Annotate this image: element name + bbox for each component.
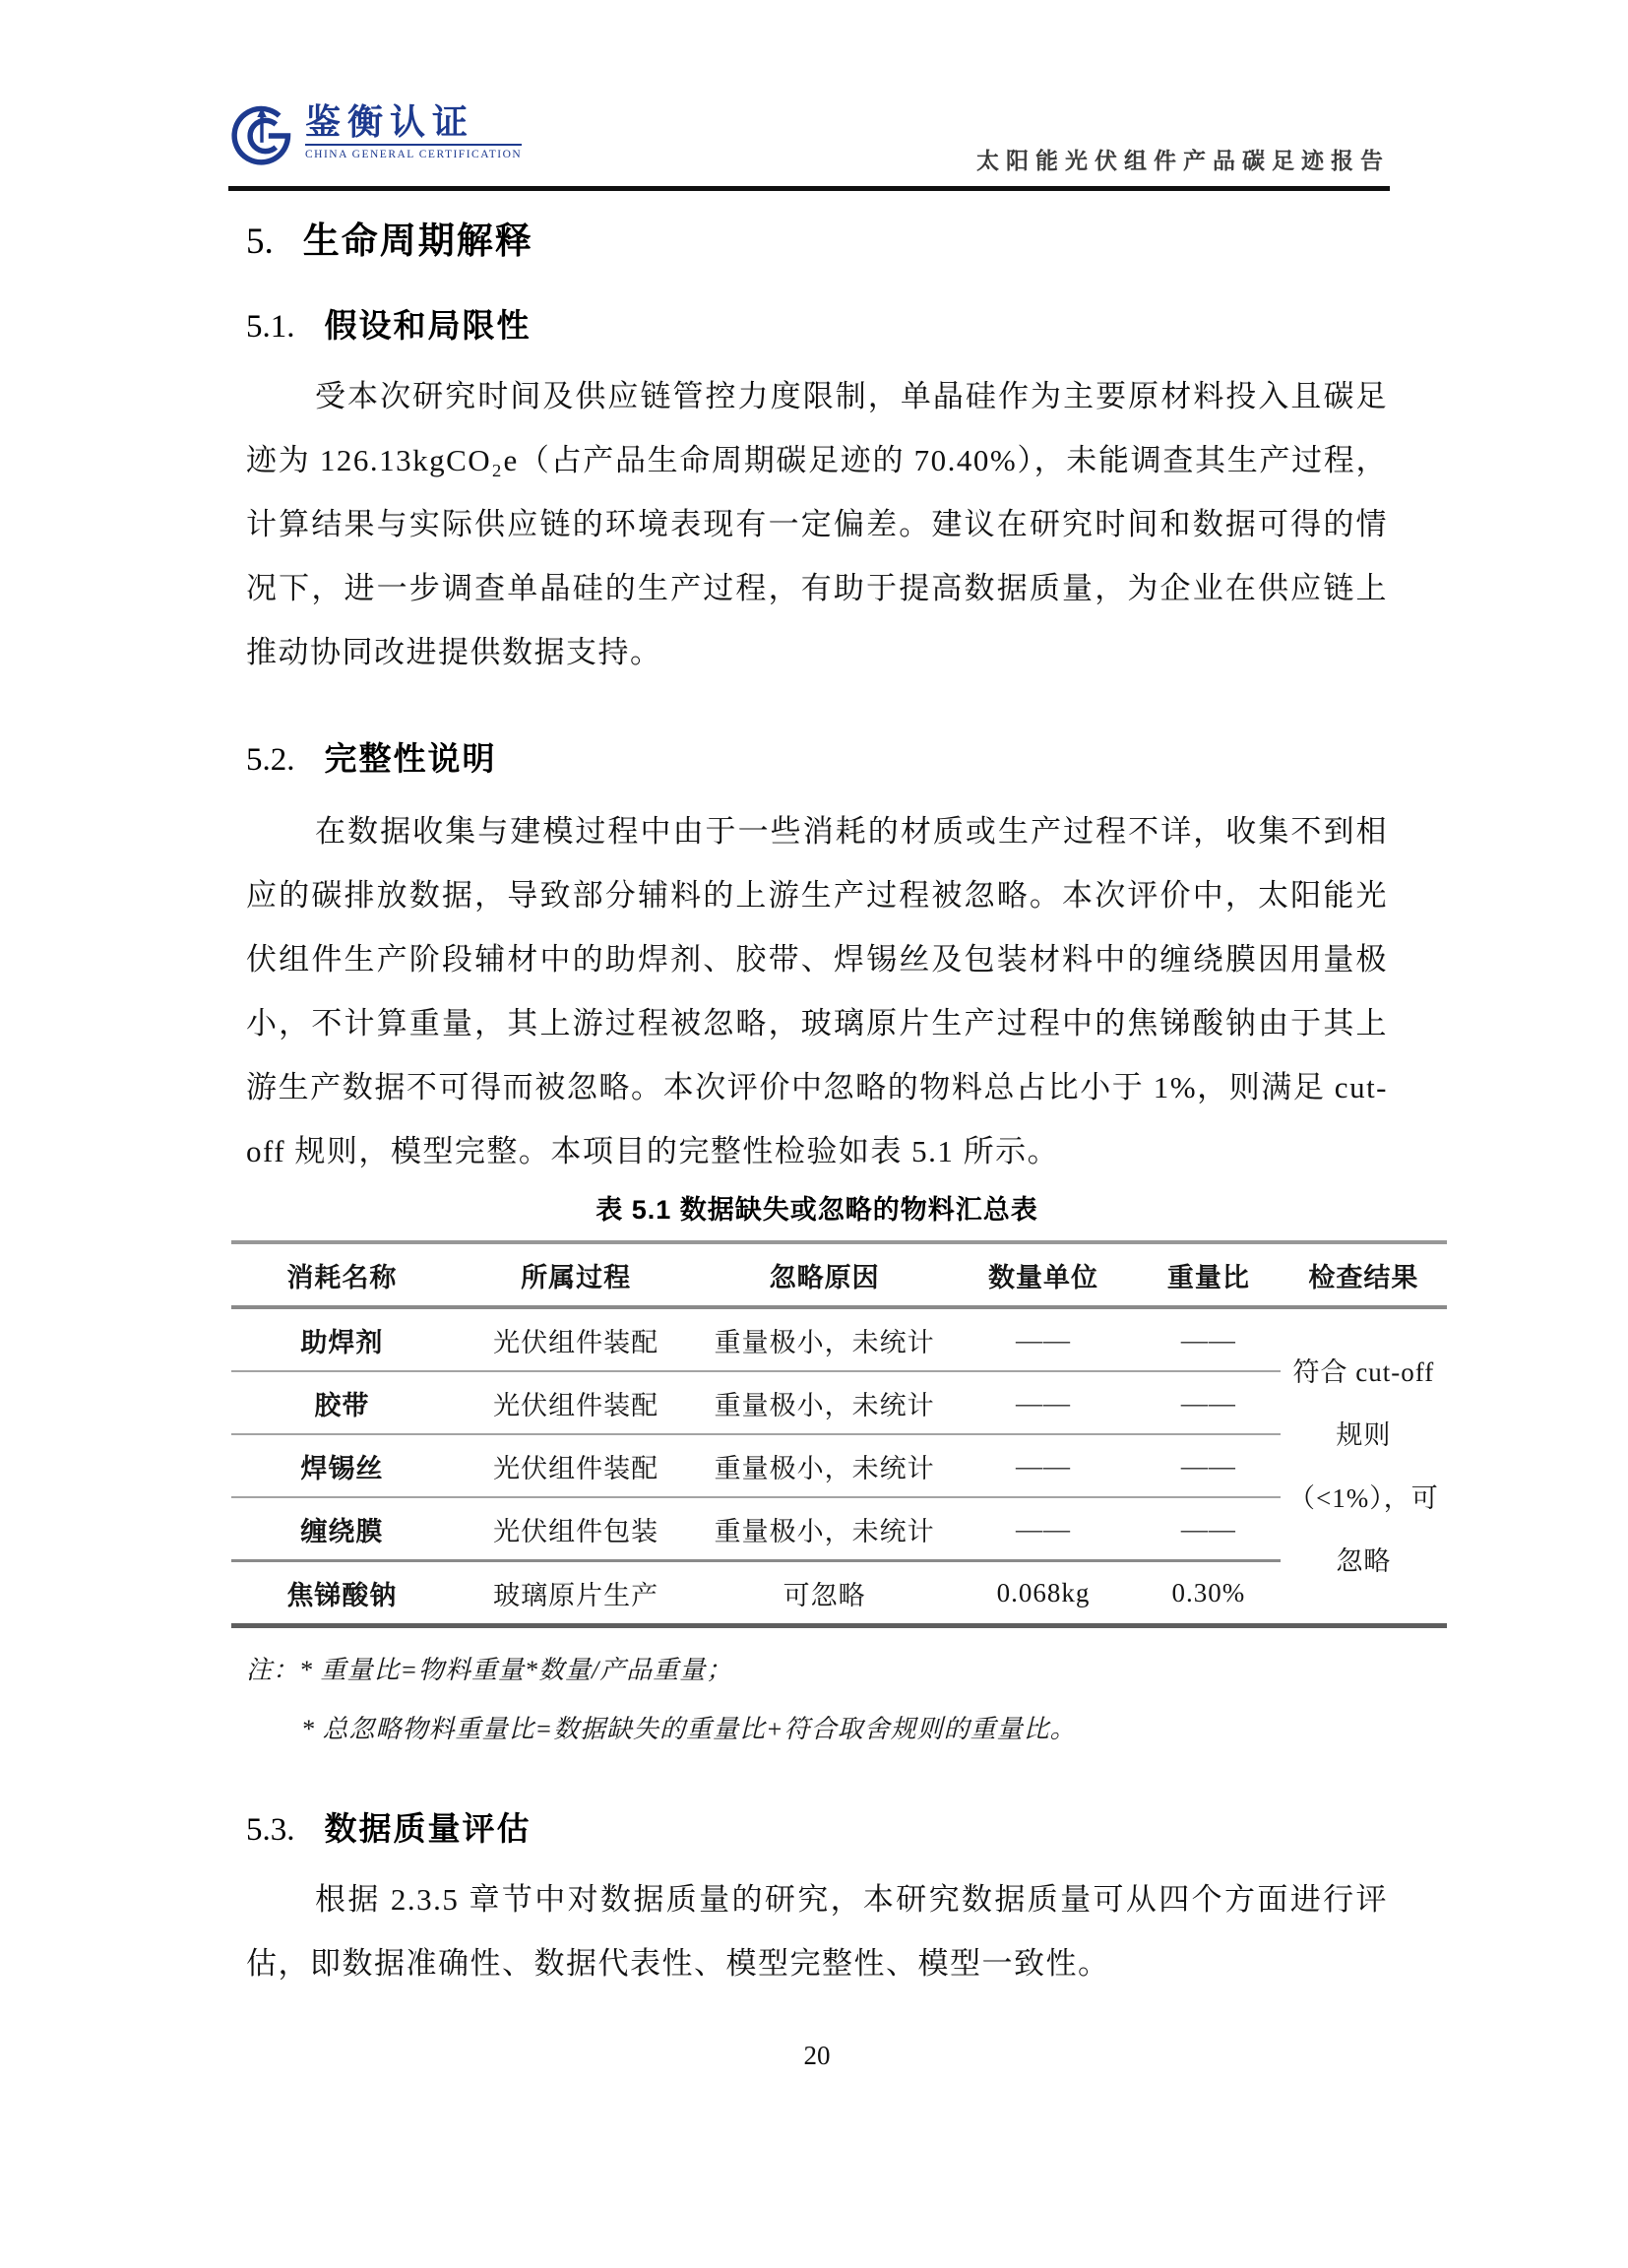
- gc-emblem-icon: [228, 102, 295, 169]
- table-row: 焊锡丝 光伏组件装配 重量极小，未统计 —— ——: [231, 1434, 1447, 1497]
- col-header-qty-unit: 数量单位: [950, 1242, 1137, 1307]
- table-notes: 注：* 重量比=物料重量*数量/产品重量； * 总忽略物料重量比=数据缺失的重量…: [246, 1654, 1388, 1746]
- cell-ratio: ——: [1137, 1434, 1281, 1497]
- cell-qty: ——: [950, 1434, 1137, 1497]
- section-5-3-number: 5.3.: [246, 1812, 295, 1848]
- section-5-3-paragraph: 根据 2.3.5 章节中对数据质量的研究，本研究数据质量可从四个方面进行评估，即…: [246, 1867, 1388, 1995]
- section-5-1-number: 5.1.: [246, 309, 295, 345]
- logo-cn-text: 鉴衡认证: [305, 102, 522, 146]
- page-header: 鉴衡认证 CHINA GENERAL CERTIFICATION 太阳能光伏组件…: [0, 0, 1628, 191]
- cell-process: 光伏组件装配: [453, 1371, 700, 1434]
- col-header-material: 消耗名称: [231, 1242, 453, 1307]
- header-rule: [228, 186, 1390, 191]
- section-5-heading: 5.生命周期解释: [246, 220, 1388, 263]
- cell-material: 焊锡丝: [231, 1434, 453, 1497]
- col-header-reason: 忽略原因: [699, 1242, 949, 1307]
- cell-qty: ——: [950, 1371, 1137, 1434]
- table-note-1: 注：* 重量比=物料重量*数量/产品重量；: [246, 1654, 1388, 1687]
- col-header-process: 所属过程: [453, 1242, 700, 1307]
- table-note-2: * 总忽略物料重量比=数据缺失的重量比+符合取舍规则的重量比。: [246, 1713, 1388, 1746]
- section-5-3-heading: 5.3.数据质量评估: [246, 1811, 1388, 1848]
- cell-check-result-merged: 符合 cut-off 规则（<1%），可忽略: [1281, 1307, 1447, 1626]
- section-5-1-paragraph: 受本次研究时间及供应链管控力度限制，单晶硅作为主要原材料投入且碳足迹为 126.…: [246, 364, 1388, 684]
- cell-qty: ——: [950, 1497, 1137, 1561]
- section-5-title: 生命周期解释: [303, 220, 533, 261]
- table-row: 胶带 光伏组件装配 重量极小，未统计 —— ——: [231, 1371, 1447, 1434]
- cell-reason: 重量极小，未统计: [699, 1307, 949, 1371]
- table-header-row: 消耗名称 所属过程 忽略原因 数量单位 重量比 检查结果: [231, 1242, 1447, 1307]
- section-5-2-paragraph: 在数据收集与建模过程中由于一些消耗的材质或生产过程不详，收集不到相应的碳排放数据…: [246, 799, 1388, 1183]
- col-header-weight-ratio: 重量比: [1137, 1242, 1281, 1307]
- cell-reason: 重量极小，未统计: [699, 1371, 949, 1434]
- cell-material: 助焊剂: [231, 1307, 453, 1371]
- header-doc-title: 太阳能光伏组件产品碳足迹报告: [976, 143, 1390, 175]
- logo-text: 鉴衡认证 CHINA GENERAL CERTIFICATION: [305, 102, 522, 160]
- table-row: 焦锑酸钠 玻璃原片生产 可忽略 0.068kg 0.30%: [231, 1561, 1447, 1626]
- section-5-2-title: 完整性说明: [325, 740, 497, 777]
- section-5-3-title: 数据质量评估: [325, 1810, 532, 1847]
- cell-material: 焦锑酸钠: [231, 1561, 453, 1626]
- cell-qty: ——: [950, 1307, 1137, 1371]
- cell-ratio: ——: [1137, 1307, 1281, 1371]
- cutoff-check-table: 消耗名称 所属过程 忽略原因 数量单位 重量比 检查结果 助焊剂 光伏组件装配 …: [231, 1240, 1447, 1628]
- cell-reason: 重量极小，未统计: [699, 1434, 949, 1497]
- cell-process: 光伏组件装配: [453, 1434, 700, 1497]
- table-row: 缠绕膜 光伏组件包装 重量极小，未统计 —— ——: [231, 1497, 1447, 1561]
- section-5-2-heading: 5.2.完整性说明: [246, 741, 1388, 778]
- page-body: 5.生命周期解释 5.1.假设和局限性 受本次研究时间及供应链管控力度限制，单晶…: [246, 220, 1388, 2071]
- report-page: 鉴衡认证 CHINA GENERAL CERTIFICATION 太阳能光伏组件…: [0, 0, 1628, 2268]
- certification-logo: 鉴衡认证 CHINA GENERAL CERTIFICATION: [228, 102, 522, 169]
- cell-ratio: ——: [1137, 1371, 1281, 1434]
- table-5-1-caption: 表 5.1 数据缺失或忽略的物料汇总表: [246, 1195, 1388, 1225]
- section-5-number: 5.: [246, 221, 274, 262]
- cell-process: 光伏组件装配: [453, 1307, 700, 1371]
- section-5-1-title: 假设和局限性: [325, 307, 532, 344]
- cell-qty: 0.068kg: [950, 1561, 1137, 1626]
- cell-material: 缠绕膜: [231, 1497, 453, 1561]
- cell-reason: 可忽略: [699, 1561, 949, 1626]
- section-5-1-heading: 5.1.假设和局限性: [246, 308, 1388, 345]
- table-row: 助焊剂 光伏组件装配 重量极小，未统计 —— —— 符合 cut-off 规则（…: [231, 1307, 1447, 1371]
- cell-material: 胶带: [231, 1371, 453, 1434]
- cell-ratio: ——: [1137, 1497, 1281, 1561]
- cell-process: 玻璃原片生产: [453, 1561, 700, 1626]
- section-5-2-number: 5.2.: [246, 742, 295, 778]
- logo-en-text: CHINA GENERAL CERTIFICATION: [305, 149, 522, 160]
- cell-reason: 重量极小，未统计: [699, 1497, 949, 1561]
- cell-process: 光伏组件包装: [453, 1497, 700, 1561]
- col-header-check-result: 检查结果: [1281, 1242, 1447, 1307]
- cell-ratio: 0.30%: [1137, 1561, 1281, 1626]
- page-number: 20: [246, 2041, 1388, 2071]
